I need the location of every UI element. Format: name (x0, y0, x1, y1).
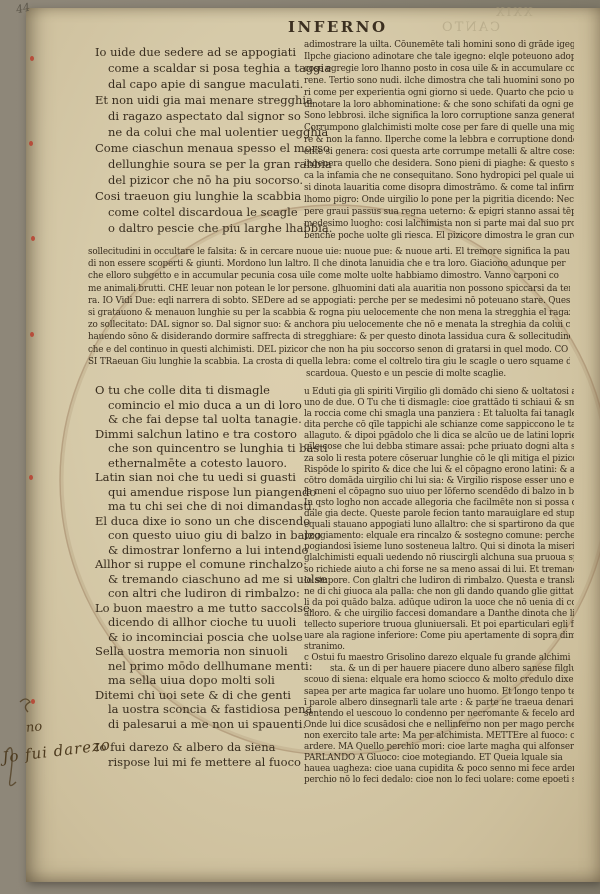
commentary-line: ente si genera: cosi questa arte corrump… (304, 147, 574, 159)
red-edge-mark (29, 141, 33, 146)
commentary-line: uare ala ragione inferiore: Come piu ape… (304, 631, 574, 642)
commentary-line: ri come per experientia ogni giorno si u… (304, 88, 574, 100)
poem-line: & che fai depse tal uolta tanagie. (108, 412, 313, 427)
poem-line (95, 731, 313, 740)
commentary-line: hauendo sōno & disiderando dormire saffr… (88, 331, 570, 343)
commentary-line: qīle cose che lui debba stimare assai: p… (304, 442, 574, 453)
commentary-line: sentendo el uescouo lo condenno per necr… (304, 709, 574, 720)
poem-line: Lo buon maestro a me tutto saccolse. (95, 601, 313, 616)
marginalia-word: no (25, 719, 43, 736)
poem-line: la uostra sconcia & fastidiosa pena (108, 702, 313, 717)
commentary-line: lhomo pigro: Onde uirgilio lo pone per l… (304, 195, 574, 207)
commentary-line: non exercito tale arte: Ma per alchimist… (304, 731, 574, 742)
commentary-line: Ilpche giaciono adinotare che tale igegn… (304, 52, 574, 64)
commentary-line: le meni el cōpagno suo uiuo per lōferno … (304, 487, 574, 498)
commentary-line: SI TRaeuan Giu lunghie la scabbia. La cr… (88, 356, 570, 368)
poem-line: rispose lui mi fe mettere al fuoco (108, 755, 313, 770)
commentary-line: poggiamento: elquale era rincalzo & sost… (304, 531, 574, 542)
commentary-line: ī parole albero dinsegnarli tale arte : … (304, 698, 574, 709)
poem-line: Io fui darezo & albero da siena (95, 740, 313, 755)
poem-line: Et non uidi gia mai menare stregghia (95, 92, 313, 108)
commentary-line: che e del continuo in questi alchimisti.… (88, 344, 570, 356)
poem-line: & tremando ciaschuno ad me si uolse (108, 572, 313, 587)
poem-line: Sella uostra memoria non sinuoli (95, 644, 313, 659)
poem-line: O tu che colle dita ti dismagle (95, 383, 313, 398)
commentary-line: ardere. MA Quello perchio mori: cioe lar… (304, 742, 574, 753)
commentary-line: rene. Tertio sono nudi. ilche dimostra c… (304, 76, 574, 88)
commentary-line: che elloro subgetto e in accumular pecun… (88, 270, 570, 282)
poem-line: Latin sian noi che tu uedi si guasti (95, 470, 313, 485)
commentary-line: dita perche cō qīle tappichi ale schianz… (304, 420, 574, 431)
commentary-line: pere graui passus sua regna ueterno: & e… (304, 207, 574, 219)
commentary-line: cose egregie loro lhanno posto in cosa u… (304, 64, 574, 76)
commentary-line: cōtro domāda uirgilio chi lui sia: & Vir… (304, 476, 574, 487)
commentary-line: c Ostui fu maestro Grisolino darezo elqu… (304, 653, 574, 664)
poem-line: come a scaldar si posa teghia a taggia (108, 60, 313, 76)
commentary-line: PARLANDO A Gluoco: cioe motegiando. ET Q… (304, 753, 574, 764)
book-page-scan: 44 INFERNO CANTO XXIX Io uide due sedere… (0, 0, 600, 894)
commentary-line: stranimo. (304, 642, 574, 653)
poem-line: che son quincentro se lunghia ti basti (108, 441, 313, 456)
commentary-line: di non essere scoperti & giunti. Mordono… (88, 258, 570, 270)
commentary-line: sta. & un di per hauere piacere duno alb… (330, 664, 574, 675)
commentary-line: za solo li resta potere cōseruar lunghie… (304, 454, 574, 465)
commentary-line: tellecto superiore truoua gluniuersali. … (304, 620, 574, 631)
commentary-line: scouo di siena: elquale era homo sciocco… (304, 675, 574, 686)
red-edge-mark (30, 56, 34, 61)
poem-line: come coltel discardoua le scagle (108, 204, 313, 220)
running-header: INFERNO (288, 18, 388, 36)
commentary-line: adimostrare la uilta. Cōunemēte tali hom… (304, 40, 574, 52)
poem-line: ethernalmēte a cotesto lauoro. (108, 456, 313, 471)
poem-line: con altri che ludiron di rimbalzo: (108, 586, 313, 601)
poem-line: dicendo di allhor cioche tu uuoli (108, 615, 313, 630)
commentary-line: me animali brutti. CHE leuar non potean … (88, 283, 570, 295)
commentary-line: si dinota lauaritia come disopra dimostr… (304, 183, 574, 195)
bleedthrough-canto-text: CANTO (440, 20, 500, 35)
poem-line: ne da colui che mal uolentier uegghia (108, 124, 313, 140)
commentary-line: alloro. & che uirgilio faccesi domandare… (304, 609, 574, 620)
commentary-line: Corrumpono glalchimisti molte cose per f… (304, 123, 574, 135)
commentary-line: perchio nō lo feci dedalo: cioe non lo f… (304, 775, 574, 786)
commentary-line: In qsto logho non accade allegoria che f… (304, 498, 574, 509)
commentary-line: Onde lui dice scusādosi che e nellinfern… (304, 720, 574, 731)
commentary-line: la roccia come chi smagla una panziera :… (304, 409, 574, 420)
commentary-line: ca la infamia che ne consequitano. Sono … (304, 171, 574, 183)
poem-line: Ditemi chi uoi sete & di che genti (95, 688, 313, 703)
red-edge-mark (31, 236, 35, 241)
commentary-line: equali stauano appogiati luno allaltro: … (304, 520, 574, 531)
bleedthrough-canto-number: XXIX (494, 5, 532, 19)
poem-line: di ragazo aspectato dal signor so (108, 108, 313, 124)
commentary-line: medesimo luogho: cosi lalchimista non si… (304, 219, 574, 231)
poem-line: Cosi traeuon giu lunghie la scabbia (95, 188, 313, 204)
poem-line: & dimostrar lonferno a lui intendo (108, 543, 313, 558)
commentary-line: sollecitudini in occultare le falsita: &… (88, 246, 570, 258)
red-edge-mark (29, 475, 33, 480)
poem-column-upper: Io uide due sedere ad se appogiaticome a… (95, 44, 313, 236)
commentary-line: Rispōde lo spirito & dice che lui & el c… (304, 465, 574, 476)
poem-line: El duca dixe io sono un che discendo (95, 514, 313, 529)
commentary-line: li da poi quādo balza. adūque udiron la … (304, 598, 574, 609)
poem-line: ma tu chi sei che di noi dimandasti. (108, 499, 313, 514)
commentary-line: ingenera quello che desidera. Sono pieni… (304, 159, 574, 171)
commentary-line: sapea per arte magica far uolare uno huo… (304, 687, 574, 698)
poem-line: & io incominciai poscia che uolse (108, 630, 313, 645)
commentary-line: re & non la fanno. Ilperche come la lebb… (304, 135, 574, 147)
poem-line: nel primo mōdo dellhumane menti: (108, 659, 313, 674)
poem-line: Allhor si ruppe el comune rinchalzo: (95, 557, 313, 572)
poem-line: comincio el mio duca a un di loro (108, 398, 313, 413)
poem-line: dal capo apie di sangue maculati. (108, 76, 313, 92)
poem-line: con questo uiuo giu di balzo in balzo (108, 528, 313, 543)
poem-line: Dimmi salchun latino e tra costoro (95, 427, 313, 442)
poem-line: qui amendue rispose lun piangendo (108, 485, 313, 500)
poem-line: Come ciaschun menaua spesso el morso (95, 140, 313, 156)
commentary-line: si gratauono & menauon lunghie su per la… (88, 307, 570, 319)
red-edge-mark (30, 332, 34, 337)
commentary-line: zo sollecitato: DAL signor so. Dal signo… (88, 319, 570, 331)
commentary-line: allaguto. & dipoi pgādolo che li dica se… (304, 431, 574, 442)
commentary-column-upper: adimostrare la uilta. Cōunemēte tali hom… (304, 40, 574, 242)
commentary-line: scardoua. Questo e un pescie di molte sc… (306, 368, 570, 380)
commentary-line: Sono lebbrosi. ilche significa la loro c… (304, 111, 574, 123)
commentary-line: benche poche uolte gli riesca. El pizico… (304, 231, 574, 243)
commentary-line: dale gia decte. Queste parole fecion tan… (304, 509, 574, 520)
commentary-line: lo stupore. Con glaltri che ludiron di r… (304, 576, 574, 587)
commentary-column-lower: u Eduti gia gli spiriti Virgilio gli dom… (304, 387, 574, 786)
commentary-line: dinotare la loro abhominatione: & che so… (304, 100, 574, 112)
commentary-line: hauea uagheza: cioe uana cupidita & poco… (304, 764, 574, 775)
poem-line: del pizicor che nō ha piu socorso. (108, 172, 313, 188)
poem-line: di palesarui a me non ui spauenti. (108, 717, 313, 732)
commentary-line: glalchimisti equali uedendo nō riuscirgl… (304, 553, 574, 564)
poem-column-lower: O tu che colle dita ti dismaglecomincio … (95, 383, 313, 769)
poem-line: Io uide due sedere ad se appogiati (95, 44, 313, 60)
commentary-line: pogiandosi īsieme luno sosteneua laltro.… (304, 542, 574, 553)
red-edge-mark (31, 699, 35, 704)
commentary-line: ne di chi giuoca ala palla: che non gli … (304, 587, 574, 598)
commentary-full-width: sollecitudini in occultare le falsita: &… (88, 246, 570, 380)
commentary-line: u Eduti gia gli spiriti Virgilio gli dom… (304, 387, 574, 398)
commentary-line: uno de due. O Tu che ti dismagle: cioe g… (304, 398, 574, 409)
poem-line: dellunghie soura se per la gran rabbia (108, 156, 313, 172)
commentary-line: ra. IO Vidi Due: eqli narrera di sobto. … (88, 295, 570, 307)
poem-line: ma sella uiua dopo molti soli (108, 673, 313, 688)
commentary-line: so richiede aiuto a chi forse ne sa meno… (304, 565, 574, 576)
poem-line: o daltro pescie che piu larghe lhabbia. (108, 220, 313, 236)
